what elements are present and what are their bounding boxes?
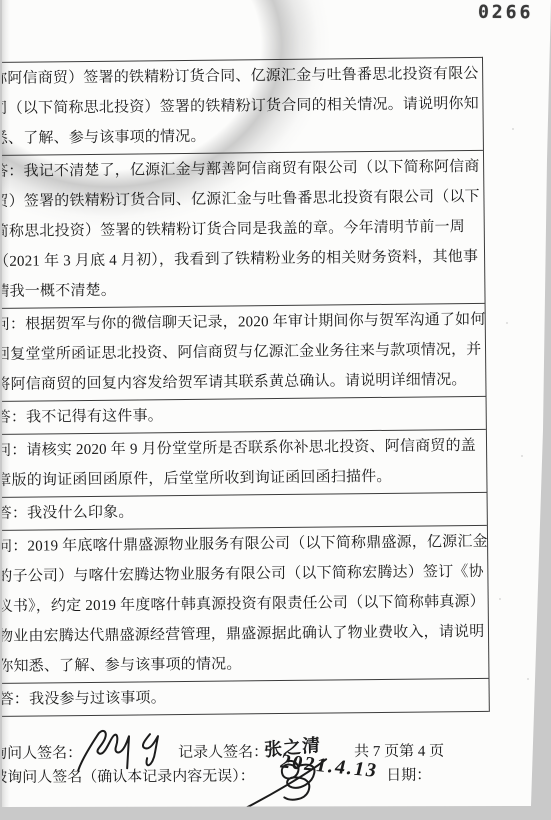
qa-block-question: 问：根据贺军与你的微信聊天记录，2020 年审计期间你与贺军沟通了如何回复堂堂所… bbox=[0, 304, 486, 402]
transcript-line: 物业由宏腾达代鼎盛源经营管理，鼎盛源据此确认了物业费收入，请说明 bbox=[0, 617, 488, 652]
qa-block-answer: 答：我没参与过该事项。 bbox=[0, 679, 489, 717]
transcript-line: 你知悉、了解、参与该事项的情况。 bbox=[0, 647, 488, 682]
transcript-line: 将阿信商贸的回复内容发给贺军请其联系黄总确认。请说明详细情况。 bbox=[0, 365, 486, 400]
transcript-line: 情我一概不清楚。 bbox=[0, 272, 485, 307]
date-label: 日期： bbox=[386, 765, 431, 787]
interviewer-signature-label: 询问人签名： bbox=[0, 743, 82, 765]
signature-footer: 询问人签名： 记录人签名： 张之清 共 7 页第 4 页 被询问人签名（确认本记… bbox=[0, 734, 502, 817]
transcript-line: 答：我没参与过该事项。 bbox=[0, 680, 489, 715]
scan-noise-dot bbox=[521, 455, 523, 457]
transcript-line: 悉、了解、参与该事项的情况。 bbox=[0, 119, 483, 154]
scan-noise-dot bbox=[512, 128, 514, 130]
transcript-line: （2021 年 3 月底 4 月初），我看到了铁精粉业务的相关财务资料，其他事 bbox=[0, 242, 484, 277]
qa-block-answer: 答：我记不清楚了，亿源汇金与鄯善阿信商贸有限公司（以下简称阿信商贸）签署的铁精粉… bbox=[0, 151, 485, 309]
qa-block-question_continuation: 称阿信商贸）签署的铁精粉订货合同、亿源汇金与吐鲁番思北投资有限公司（以下简称思北… bbox=[0, 58, 483, 156]
scan-noise-dot bbox=[499, 598, 501, 600]
interviewee-signature-label: 被询问人签名（确认本记录内容无误）： bbox=[0, 766, 255, 789]
transcript-box: 称阿信商贸）签署的铁精粉订货合同、亿源汇金与吐鲁番思北投资有限公司（以下简称思北… bbox=[0, 57, 490, 717]
footer-row-2: 被询问人签名（确认本记录内容无误）： 2021.4.13 日期： bbox=[0, 764, 502, 789]
qa-block-answer: 答：我不记得有这件事。 bbox=[0, 397, 486, 435]
qa-block-question: 问：请核实 2020 年 9 月份堂堂所是否联系你补思北投资、阿信商贸的盖章版的… bbox=[0, 430, 487, 498]
transcript-line: 答：我不记得有这件事。 bbox=[0, 398, 486, 433]
paper-sheet: 0266 称阿信商贸）签署的铁精粉订货合同、亿源汇金与吐鲁番思北投资有限公司（以… bbox=[0, 0, 551, 820]
transcript-line: 答：我没什么印象。 bbox=[0, 494, 487, 529]
qa-block-question: 问：2019 年底喀什鼎盛源物业服务有限公司（以下简称鼎盛源，亿源汇金的子公司）… bbox=[0, 526, 488, 684]
transcript-line: 章版的询证函回函原件，后堂堂所收到询证函回函扫描件。 bbox=[0, 461, 487, 496]
page-stamp-number: 0266 bbox=[478, 2, 534, 24]
transcript-line: 司（以下简称思北投资）签署的铁精粉订货合同的相关情况。请说明你知 bbox=[0, 89, 483, 124]
transcript-line: 问：请核实 2020 年 9 月份堂堂所是否联系你补思北投资、阿信商贸的盖 bbox=[0, 431, 486, 466]
scan-noise-dot bbox=[527, 678, 529, 680]
qa-block-answer: 答：我没什么印象。 bbox=[0, 493, 487, 531]
left-edge-shadow bbox=[0, 0, 10, 820]
scan-noise-dot bbox=[506, 322, 508, 324]
scanned-document-page: { "page": { "stamp_number": "0266", "bac… bbox=[0, 0, 551, 820]
